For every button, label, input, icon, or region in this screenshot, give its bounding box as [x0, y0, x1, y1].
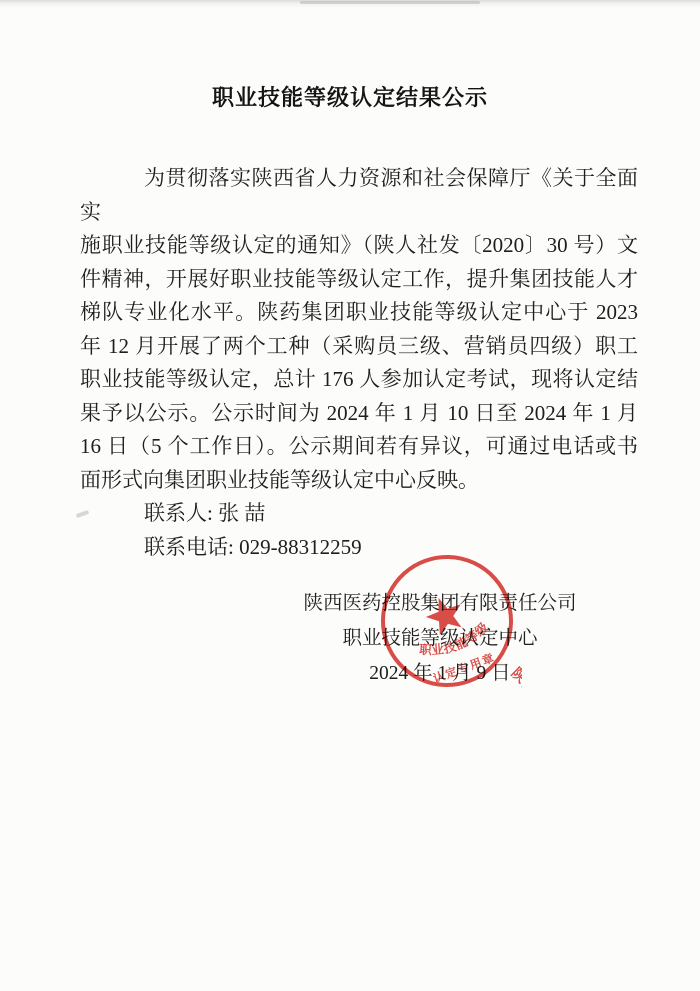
body-line: 梯队专业化水平。陕药集团职业技能等级认定中心于 2023 [80, 296, 638, 330]
contact-block: 联系人: 张 喆联系电话: 029-88312259 [80, 497, 638, 564]
body-line: 为贯彻落实陕西省人力资源和社会保障厅《关于全面实 [80, 162, 638, 229]
contact-line: 联系人: 张 喆 [80, 497, 638, 531]
document-body: 为贯彻落实陕西省人力资源和社会保障厅《关于全面实施职业技能等级认定的通知》（陕人… [80, 162, 638, 564]
body-line: 果予以公示。公示时间为 2024 年 1 月 10 日至 2024 年 1 月 [80, 397, 638, 431]
body-line: 职业技能等级认定，总计 176 人参加认定考试，现将认定结 [80, 363, 638, 397]
body-line: 年 12 月开展了两个工种（采购员三级、营销员四级）职工 [80, 330, 638, 364]
scan-artifact-streak [300, 1, 480, 4]
body-line: 件精神，开展好职业技能等级认定工作，提升集团技能人才 [80, 263, 638, 297]
official-seal: 陕西医药控股集团有限责任公司 职业技能等级 认定专用章 [372, 546, 522, 696]
body-line: 施职业技能等级认定的通知》（陕人社发〔2020〕30 号）文 [80, 229, 638, 263]
body-paragraph: 为贯彻落实陕西省人力资源和社会保障厅《关于全面实施职业技能等级认定的通知》（陕人… [80, 162, 638, 497]
seal-star-icon [421, 592, 468, 638]
body-line: 16 日（5 个工作日）。公示期间若有异议，可通过电话或书 [80, 430, 638, 464]
contact-line: 联系电话: 029-88312259 [80, 531, 638, 565]
document-page: 职业技能等级认定结果公示 为贯彻落实陕西省人力资源和社会保障厅《关于全面实施职业… [0, 0, 700, 991]
page-title: 职业技能等级认定结果公示 [0, 81, 700, 112]
body-line: 面形式向集团职业技能等级认定中心反映。 [80, 464, 638, 498]
